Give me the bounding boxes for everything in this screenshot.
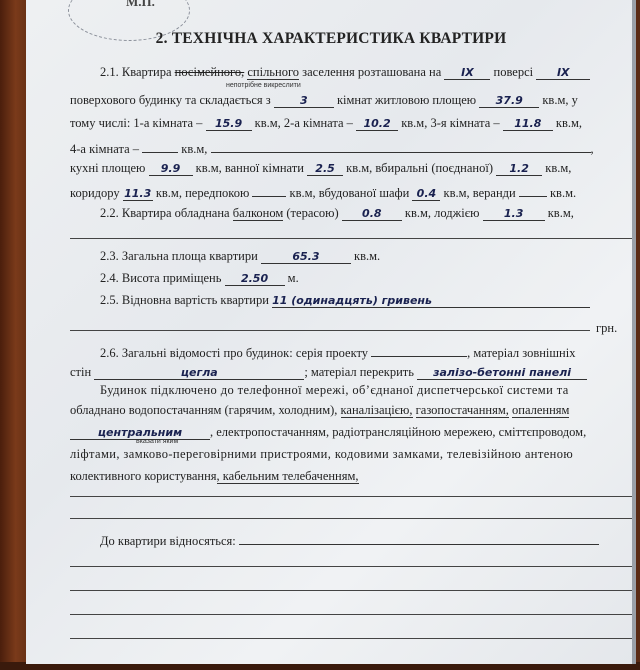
- unit: кв.м,: [545, 161, 571, 175]
- s21-line2: поверхового будинку та складається з 3 к…: [70, 92, 630, 108]
- blank-line[interactable]: [70, 518, 632, 519]
- label: , матеріал зовнішніх: [467, 346, 575, 360]
- veranda-field[interactable]: [519, 182, 547, 197]
- label: тому числі: 1-а кімната –: [70, 116, 202, 130]
- s26-p5: колективного користування, кабельним тел…: [70, 468, 630, 484]
- s21-line3: тому числі: 1-а кімната – 15.9 кв.м, 2-а…: [70, 115, 630, 131]
- label: , електропостачанням, радіотрансляційною…: [210, 425, 586, 439]
- label: кв.м, передпокою: [156, 186, 249, 200]
- balcony-option: балконом: [233, 206, 284, 221]
- label: кв.м, лоджією: [405, 206, 480, 220]
- stamp-label: М.П.: [126, 0, 155, 10]
- blank-line[interactable]: [70, 614, 632, 615]
- appurtenances-field[interactable]: [239, 530, 599, 545]
- label: коридору: [70, 186, 120, 200]
- s21-line5: кухні площею 9.9 кв.м, ванної кімнати 2.…: [70, 160, 630, 176]
- loggia-area-field[interactable]: 1.3: [483, 206, 545, 221]
- label: 2.2. Квартира обладнана: [100, 206, 230, 220]
- blank-line[interactable]: [70, 566, 632, 567]
- gas-supply: газопостачанням,: [416, 403, 509, 418]
- water-supply: обладнано водопостачанням (гарячим, холо…: [70, 403, 337, 417]
- s26-p2: обладнано водопостачанням (гарячим, холо…: [70, 402, 630, 418]
- heating-note: вказати яким: [136, 438, 178, 445]
- closet-field[interactable]: 0.4: [412, 186, 440, 201]
- label: кв.м, 3-я кімната –: [401, 116, 499, 130]
- kept-option: спільного: [247, 65, 299, 80]
- unit: кв.м.: [354, 249, 380, 263]
- hall-field[interactable]: [252, 182, 286, 197]
- floor-field[interactable]: ІХ: [444, 65, 490, 80]
- terrace-option: (терасою): [286, 206, 338, 220]
- sewerage: каналізацією,: [341, 403, 413, 418]
- unit: кв.м,: [181, 142, 207, 156]
- toilet-field[interactable]: 1.2: [496, 161, 542, 176]
- label: поверхового будинку та складається з: [70, 93, 271, 107]
- room3-field[interactable]: 11.8: [503, 116, 553, 131]
- label: стін: [70, 365, 91, 379]
- s26-p1: Будинок підключено до телефонної мережі,…: [100, 382, 640, 398]
- s23-line: 2.3. Загальна площа квартири 65.3 кв.м.: [100, 248, 640, 264]
- total-area-field[interactable]: 65.3: [261, 249, 351, 264]
- unit: кв.м,: [548, 206, 574, 220]
- room1-field[interactable]: 15.9: [206, 116, 252, 131]
- label: кв.м, вбиральні (поєднаної): [346, 161, 493, 175]
- label: 2.4. Висота приміщень: [100, 271, 221, 285]
- s24-line: 2.4. Висота приміщень 2.50 м.: [100, 270, 640, 286]
- blank-line[interactable]: [70, 496, 632, 497]
- room2-field[interactable]: 10.2: [356, 116, 398, 131]
- series-field[interactable]: [371, 342, 467, 357]
- label: До квартири відносяться:: [100, 534, 236, 548]
- s21-line6: коридору 11.3 кв.м, передпокою кв.м, вбу…: [70, 182, 630, 201]
- label: 2.6. Загальні відомості про будинок: сер…: [100, 346, 368, 360]
- s26-p4: ліфтами, замково-переговірними пристроям…: [70, 446, 630, 462]
- living-area-field[interactable]: 37.9: [479, 93, 539, 108]
- label: кухні площею: [70, 161, 145, 175]
- s21-line1: 2.1. Квартира посімейного, спільного зас…: [100, 64, 640, 80]
- heating: опаленням: [512, 403, 569, 418]
- label: кв.м, ванної кімнати: [196, 161, 304, 175]
- balcony-area-field[interactable]: 0.8: [342, 206, 402, 221]
- room4-field[interactable]: [142, 138, 178, 153]
- bath-field[interactable]: 2.5: [307, 161, 343, 176]
- height-field[interactable]: 2.50: [225, 271, 285, 286]
- label: 4-а кімната –: [70, 142, 139, 156]
- label: колективного користування: [70, 469, 217, 483]
- floors-material-field[interactable]: залізо-бетонні панелі: [417, 365, 587, 380]
- value-continuation-line[interactable]: [70, 330, 590, 331]
- blank-line[interactable]: [70, 590, 632, 591]
- corridor-field[interactable]: 11.3: [123, 186, 153, 201]
- label: кв.м, 2-а кімната –: [255, 116, 353, 130]
- label: кімнат житловою площею: [337, 93, 476, 107]
- section-title: 2. ТЕХНІЧНА ХАРАКТЕРИСТИКА КВАРТИРИ: [26, 30, 636, 48]
- currency-unit: грн.: [596, 320, 636, 336]
- s26-line1: 2.6. Загальні відомості про будинок: сер…: [100, 342, 640, 361]
- value-field[interactable]: 11 (одинадцять) гривень: [272, 293, 590, 308]
- floors-total-field[interactable]: ІХ: [536, 65, 590, 80]
- unit: кв.м, у: [542, 93, 578, 107]
- blank-line[interactable]: [70, 638, 632, 639]
- unit: кв.м,: [556, 116, 582, 130]
- walls-field[interactable]: цегла: [94, 365, 304, 380]
- unit: кв.м.: [550, 186, 576, 200]
- strike-note: непотрібне викреслити: [226, 82, 301, 89]
- extra-field[interactable]: [211, 138, 591, 153]
- label: кв.м, веранди: [444, 186, 516, 200]
- cable-tv: , кабельним телебаченням,: [217, 469, 359, 484]
- label: ; матеріал перекрить: [304, 365, 414, 379]
- rooms-field[interactable]: 3: [274, 93, 334, 108]
- label: 2.1. Квартира: [100, 65, 172, 79]
- kitchen-field[interactable]: 9.9: [149, 161, 193, 176]
- blank-line[interactable]: [70, 238, 632, 239]
- document-page: М.П. 2. ТЕХНІЧНА ХАРАКТЕРИСТИКА КВАРТИРИ…: [26, 0, 636, 664]
- label: кв.м, вбудованої шафи: [290, 186, 410, 200]
- label: заселення розташована на: [302, 65, 441, 79]
- s22-line: 2.2. Квартира обладнана балконом (терасо…: [100, 205, 640, 221]
- label: поверсі: [494, 65, 534, 79]
- struck-option: посімейного,: [175, 65, 245, 79]
- label: 2.3. Загальна площа квартири: [100, 249, 258, 263]
- label: 2.5. Відновна вартість квартири: [100, 293, 269, 307]
- background-left: [0, 0, 26, 670]
- s21-line4: 4-а кімната – кв.м, ,: [70, 138, 630, 157]
- s26-line2: стін цегла; матеріал перекрить залізо-бе…: [70, 364, 630, 380]
- appurtenances-line: До квартири відносяться:: [100, 530, 640, 549]
- unit: м.: [288, 271, 299, 285]
- s25-line: 2.5. Відновна вартість квартири 11 (один…: [100, 292, 640, 308]
